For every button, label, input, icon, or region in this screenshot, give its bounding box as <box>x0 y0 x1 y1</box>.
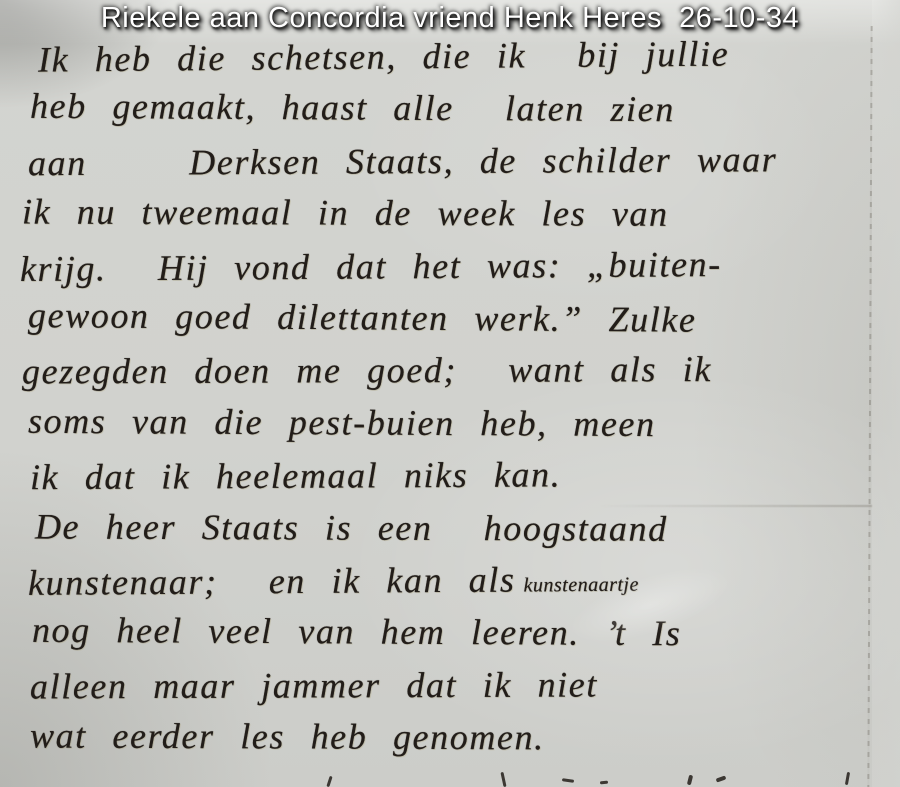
letter-line: heb gemaakt, haast alle laten zien <box>30 80 865 137</box>
page-edge <box>872 0 900 787</box>
letter-line: gewoon goed dilettanten werk.” Zulke <box>28 289 865 347</box>
ink-stroke <box>600 781 608 785</box>
letter-line: wat eerder les heb genomen. <box>30 710 865 765</box>
letter-line: ik dat ik heelemaal niks kan. <box>30 447 865 504</box>
letter-line: Ik heb die schetsen, die ik bij jullie <box>38 26 865 86</box>
letter-line: soms van die pest-buien heb, meen <box>28 395 865 452</box>
letter-line: krijg. Hij vond dat het was: „buiten- <box>20 237 865 295</box>
letter-line: alleen maar jammer dat ik niet <box>30 657 865 712</box>
ink-stroke <box>716 775 727 782</box>
ink-stroke <box>500 772 506 787</box>
ink-stroke <box>326 776 332 787</box>
ink-stroke <box>562 778 574 783</box>
letter-line: aan Derksen Staats, de schilder waar <box>28 133 865 190</box>
letter-line: ik nu tweemaal in de week les van <box>22 186 865 241</box>
handwritten-letter-text: Ik heb die schetsen, die ik bij jullie h… <box>20 30 865 763</box>
ink-stroke <box>687 775 693 786</box>
paper-crease-horizontal <box>600 505 872 507</box>
letter-photograph: Riekele aan Concordia vriend Henk Heres … <box>0 0 900 787</box>
letter-line: gezegden doen me goed; want als ik <box>22 343 865 398</box>
ink-stroke <box>845 772 850 785</box>
letter-line-main: kunstenaar; en ik kan als <box>28 559 516 602</box>
